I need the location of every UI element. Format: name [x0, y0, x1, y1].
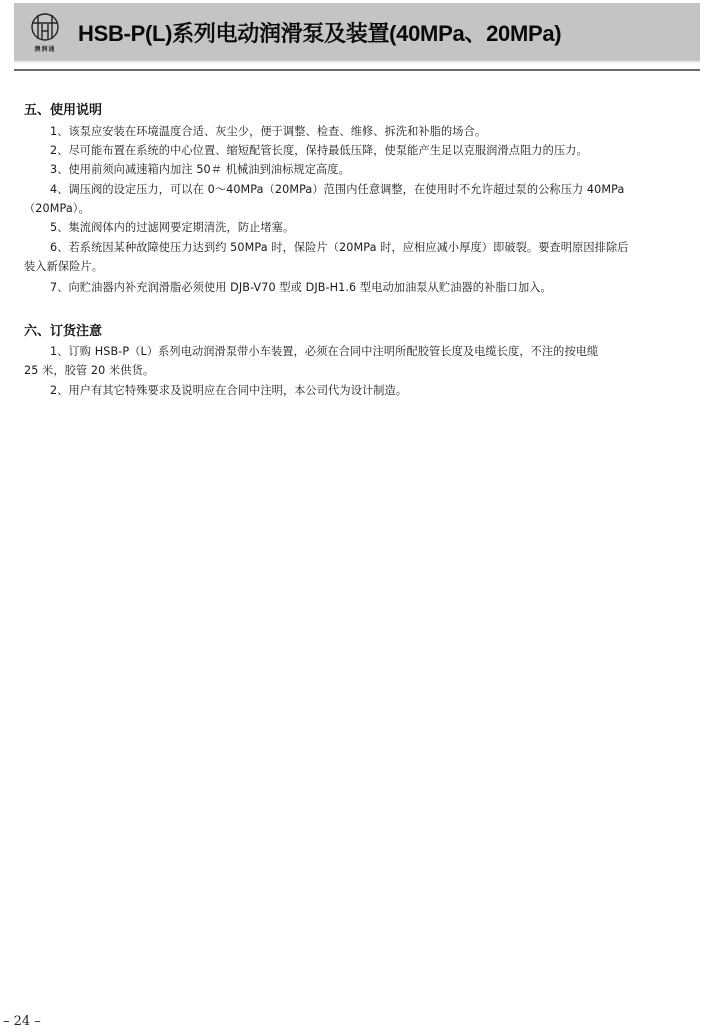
paragraph-line: 1、该泵应安装在环境温度合适、灰尘少，便于调整、检查、维修、拆洗和补脂的场合。: [50, 123, 486, 139]
page-title: HSB-P(L)系列电动润滑泵及装置(40MPa、20MPa): [78, 17, 561, 48]
logo-icon: [28, 12, 62, 44]
paragraph-line: 5、集流阀体内的过滤网要定期清洗，防止堵塞。: [50, 219, 294, 235]
section-heading: 六、订货注意: [24, 320, 102, 339]
logo-text: 澳润通: [28, 44, 62, 53]
paragraph-line: 1、订购 HSB-P（L）系列电动润滑泵带小车装置，必须在合同中注明所配胶管长度…: [50, 343, 598, 359]
header-divider: [14, 69, 700, 71]
paragraph-line: 装入新保险片。: [24, 258, 103, 274]
paragraph-line: （20MPa）。: [24, 200, 90, 216]
company-logo: 澳润通: [28, 12, 62, 56]
paragraph-line: 3、使用前须向减速箱内加注 50＃ 机械油到油标规定高度。: [50, 161, 350, 177]
paragraph-line: 2、尽可能布置在系统的中心位置、缩短配管长度，保持最低压降，使泵能产生足以克服润…: [50, 142, 588, 158]
paragraph-line: 7、向贮油器内补充润滑脂必须使用 DJB-V70 型或 DJB-H1.6 型电动…: [50, 279, 552, 295]
paragraph-line: 2、用户有其它特殊要求及说明应在合同中注明，本公司代为设计制造。: [50, 382, 407, 398]
section-heading: 五、使用说明: [24, 99, 102, 118]
paragraph-line: 4、调压阀的设定压力，可以在 0～40MPa（20MPa）范围内任意调整，在使用…: [50, 181, 624, 197]
paragraph-line: 6、若系统因某种故障使压力达到约 50MPa 时，保险片（20MPa 时，应相应…: [50, 239, 629, 255]
page-number: – 24 –: [3, 1014, 41, 1029]
paragraph-line: 25 米，胶管 20 米供货。: [24, 362, 154, 378]
